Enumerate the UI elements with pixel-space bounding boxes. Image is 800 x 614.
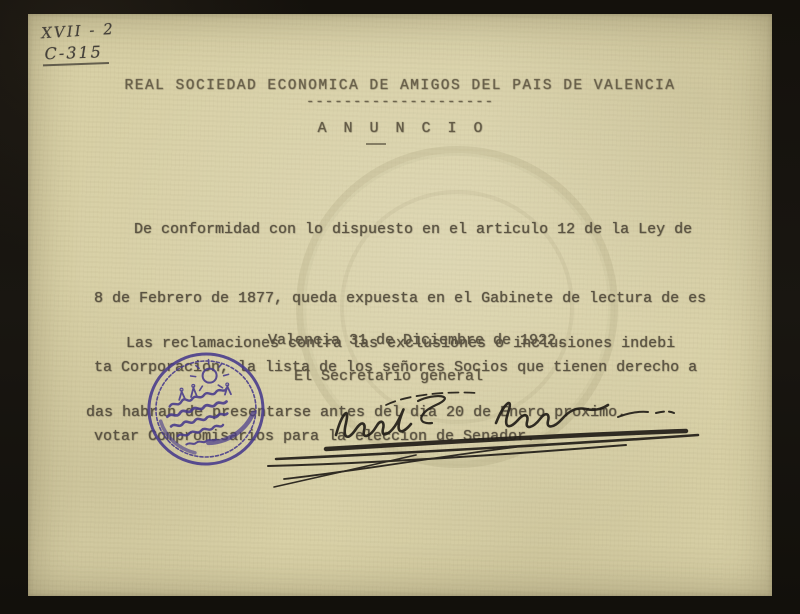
archival-annotation: XVII - 2 C-315 <box>41 20 117 67</box>
document-paper: XVII - 2 C-315 REAL SOCIEDAD ECONOMICA D… <box>28 14 772 596</box>
handwritten-signature <box>266 383 706 493</box>
archival-annotation-line1: XVII - 2 <box>41 20 115 42</box>
scanner-background: XVII - 2 C-315 REAL SOCIEDAD ECONOMICA D… <box>0 0 800 614</box>
archival-annotation-line2: C-315 <box>42 42 109 66</box>
typewritten-line: De conformidad con lo dispuesto en el ar… <box>94 218 706 241</box>
document-title: ANUNCIO <box>28 120 772 137</box>
organization-underline: -------------------- <box>28 94 772 110</box>
title-dash <box>366 143 386 145</box>
ink-stamp-icon <box>140 346 272 474</box>
organization-name: REAL SOCIEDAD ECONOMICA DE AMIGOS DEL PA… <box>28 78 772 94</box>
dateline: Valencia 31 de Diciembre de 1922. <box>268 332 565 349</box>
